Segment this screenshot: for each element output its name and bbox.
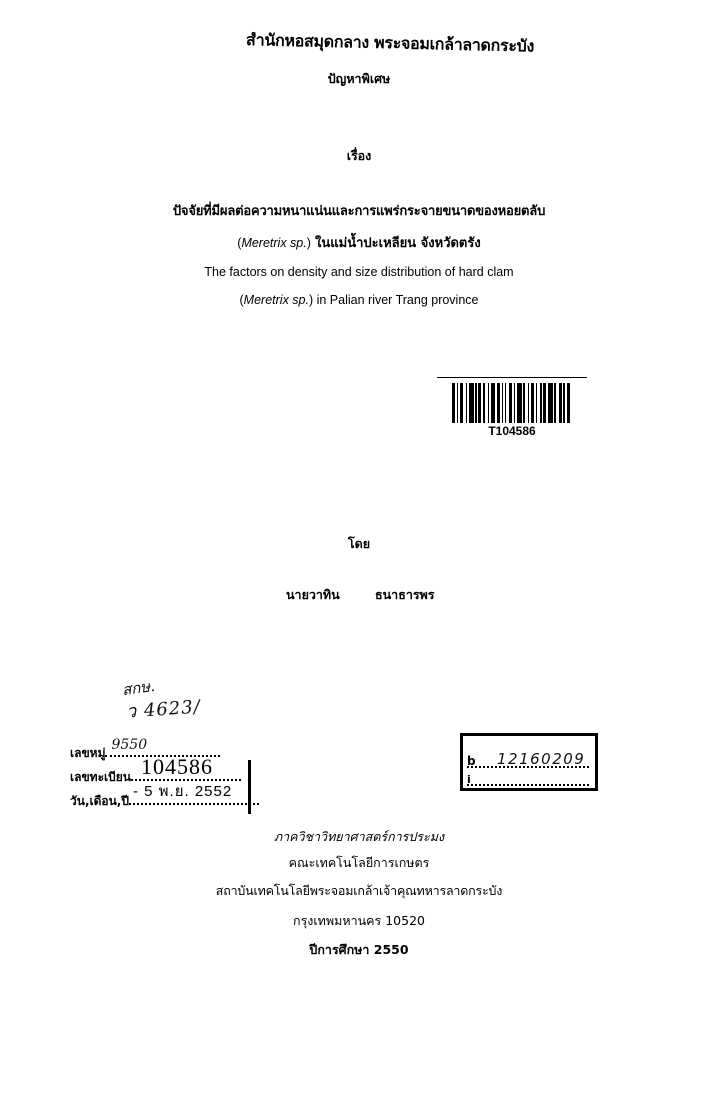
box-stamp-value: 12160209	[497, 750, 585, 768]
faculty: คณะเทคโนโลยีการเกษตร	[0, 853, 718, 873]
call-number-label: เลขหมู่	[70, 746, 105, 760]
box-stamp-row-1: b 12160209	[467, 752, 589, 768]
document-type: ปัญหาพิเศษ	[0, 69, 718, 89]
barcode-label: T104586	[437, 424, 587, 438]
english-title-location: in Palian river Trang province	[317, 293, 479, 307]
thai-title-line-1: ปัจจัยที่มีผลต่อความหนาแน่นและการแพร่กระ…	[0, 200, 718, 221]
box-stamp-prefix-i: i	[467, 773, 471, 786]
barcode-icon	[452, 383, 570, 423]
box-stamp: b 12160209 i	[460, 733, 598, 791]
species-name-en: Meretrix sp.	[244, 293, 309, 307]
handwritten-note-2: ว 4623/	[125, 691, 202, 725]
author-name: นายวาทิน ธนาธารพร	[0, 585, 718, 605]
call-number-value: 9550	[111, 737, 147, 753]
species-name: Meretrix sp.	[241, 236, 306, 250]
date-value: - 5 พ.ย. 2552	[133, 779, 232, 803]
barcode-rule	[437, 377, 587, 378]
city-postcode: กรุงเทพมหานคร 10520	[0, 911, 718, 931]
by-label: โดย	[0, 534, 718, 554]
box-stamp-row-2: i	[467, 774, 589, 786]
thai-title-line-2: (Meretrix sp.) ในแม่น้ำปะเหลียน จังหวัดต…	[0, 232, 718, 253]
academic-year: ปีการศึกษา 2550	[0, 940, 718, 960]
subject-label: เรื่อง	[0, 146, 718, 166]
library-header: สำนักหอสมุดกลาง พระจอมเกล้าลาดกระบัง	[246, 28, 576, 60]
registration-value: 104586	[141, 754, 213, 780]
date-label: วัน,เดือน,ปี	[70, 794, 129, 808]
box-stamp-prefix-b: b	[467, 754, 476, 768]
author-first-name: นายวาทิน	[286, 585, 340, 605]
english-title-line-2: (Meretrix sp.) in Palian river Trang pro…	[0, 293, 718, 307]
stamp-border	[244, 760, 251, 814]
english-title-line-1: The factors on density and size distribu…	[0, 265, 718, 279]
date-row: วัน,เดือน,ปี- 5 พ.ย. 2552	[70, 792, 259, 811]
institute: สถาบันเทคโนโลยีพระจอมเกล้าเจ้าคุณทหารลาด…	[0, 881, 718, 901]
registration-label: เลขทะเบียน	[70, 770, 131, 784]
department: ภาควิชาวิทยาศาสตร์การประมง	[0, 827, 718, 847]
author-last-name: ธนาธารพร	[375, 585, 435, 605]
thai-title-location: ในแม่น้ำปะเหลียน จังหวัดตรัง	[315, 236, 481, 251]
